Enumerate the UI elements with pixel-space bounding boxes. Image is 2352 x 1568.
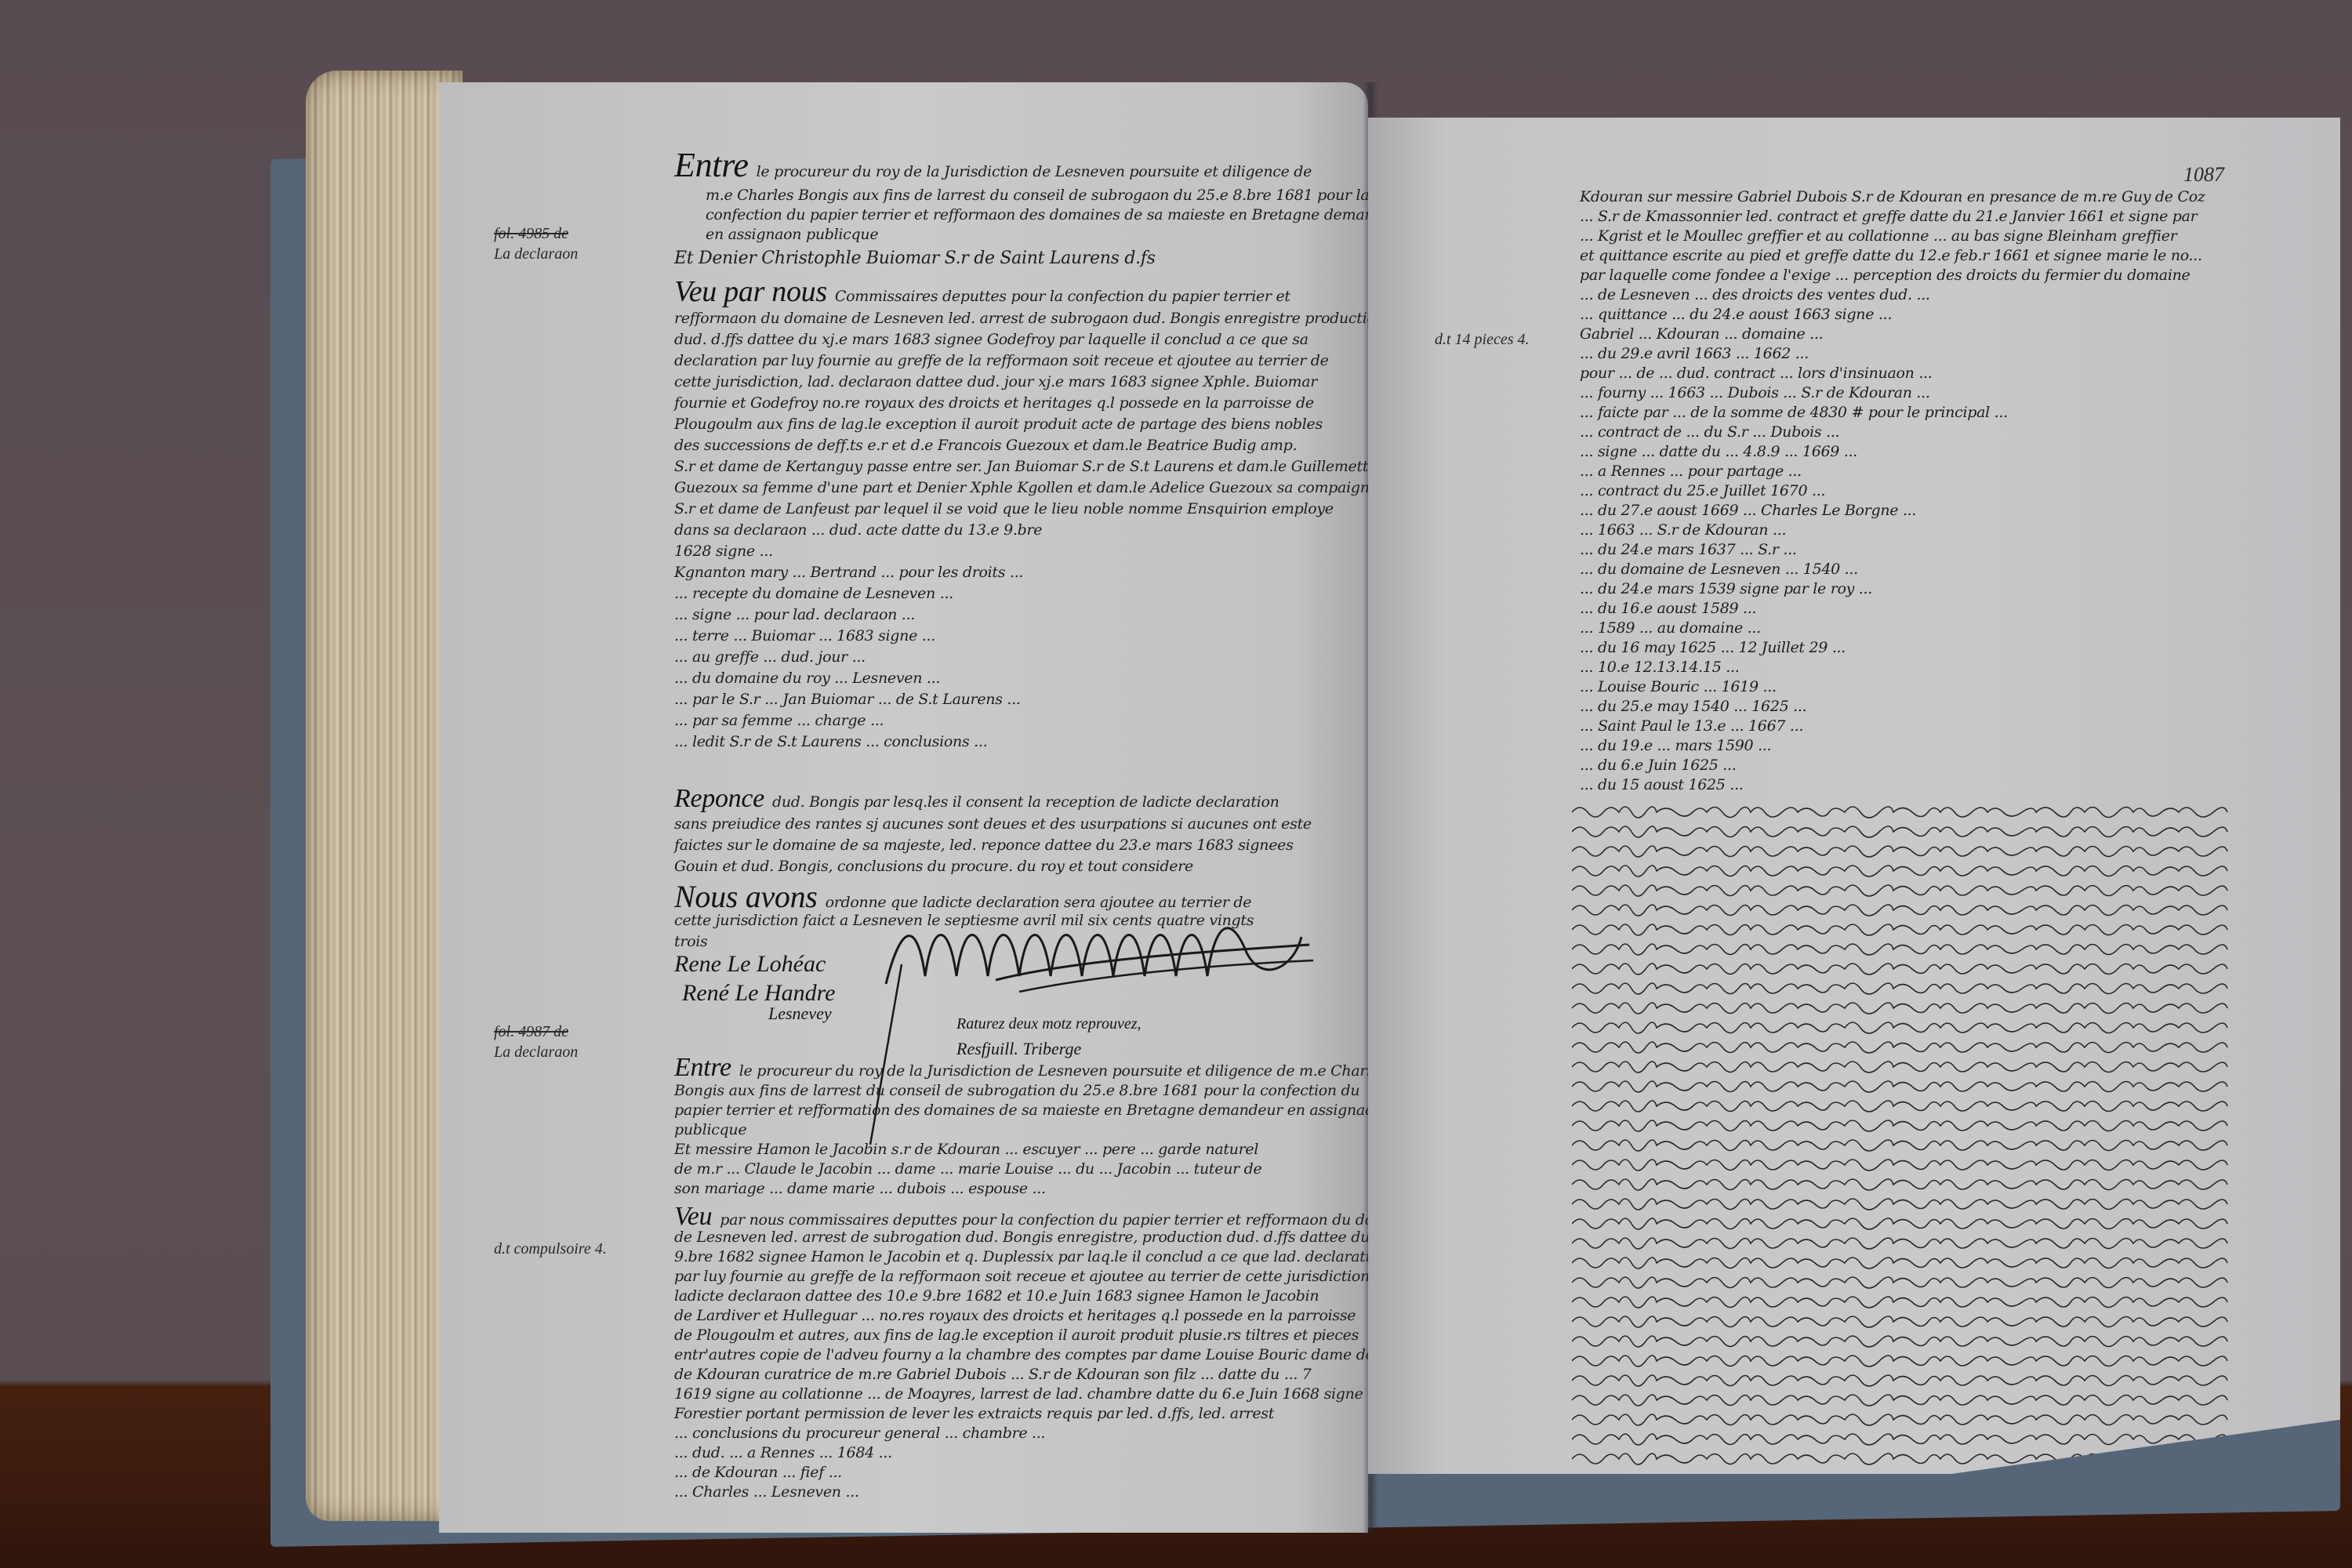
text-line: ... dud. ... a Rennes ... 1684 ... xyxy=(674,1444,892,1461)
text-line: dans sa declaraon ... dud. acte datte du… xyxy=(674,521,1042,539)
section-heading: Entre xyxy=(674,146,749,184)
text-line: ... du 6.e Juin 1625 ... xyxy=(1580,757,1737,774)
margin-note-line: fol. 4985 de xyxy=(494,223,578,244)
text-line: fournie et Godefroy no.re royaux des dro… xyxy=(674,394,1314,412)
text-line: ... du 19.e ... mars 1590 ... xyxy=(1580,737,1771,754)
text-line: cette jurisdiction, lad. declaraon datte… xyxy=(674,373,1317,390)
margin-note-right: d.t 14 pieces 4. xyxy=(1435,329,1530,350)
text-line: entr'autres copie de l'adveu fourny a la… xyxy=(674,1346,1368,1363)
text-line: Veu par nousCommissaires deputtes pour l… xyxy=(674,274,1290,309)
text-line: ... fourny ... 1663 ... Dubois ... S.r d… xyxy=(1580,384,1930,401)
text-line: m.e Charles Bongis aux fins de larrest d… xyxy=(706,187,1368,204)
text-line: ... du 16.e aoust 1589 ... xyxy=(1580,600,1756,617)
text-line: ... du 16 may 1625 ... 12 Juillet 29 ... xyxy=(1580,639,1846,656)
margin-note-line: fol. 4987 de xyxy=(494,1022,578,1042)
text-line: ... du 15 aoust 1625 ... xyxy=(1580,776,1744,793)
margin-note-line: d.t compulsoire 4. xyxy=(494,1239,607,1259)
text-line: ... du 24.e mars 1539 signe par le roy .… xyxy=(1580,580,1872,597)
text-line: ... terre ... Buiomar ... 1683 signe ... xyxy=(674,627,935,644)
text-line: ... Kgrist et le Moullec greffier et au … xyxy=(1580,227,2177,245)
text-line: Bongis aux fins de larrest du conseil de… xyxy=(674,1082,1359,1099)
text-line: ... Saint Paul le 13.e ... 1667 ... xyxy=(1580,717,1803,735)
text-line: par luy fournie au greffe de la refforma… xyxy=(674,1268,1368,1285)
text-line: Veupar nous commissaires deputtes pour l… xyxy=(674,1202,1368,1232)
text-line: Et Denier Christophle Buiomar S.r de Sai… xyxy=(674,249,1156,268)
text-line: ... S.r de Kmassonnier led. contract et … xyxy=(1580,208,2197,225)
text-line: 9.bre 1682 signee Hamon le Jacobin et q.… xyxy=(674,1248,1368,1265)
section-heading: Entre xyxy=(674,1053,731,1082)
text-line: Plougoulm aux fins de lag.le exception i… xyxy=(674,416,1323,433)
text-line: ... du 24.e mars 1637 ... S.r ... xyxy=(1580,541,1797,558)
text-line: Entrele procureur du roy de la Jurisdict… xyxy=(674,1053,1368,1083)
text-line: S.r et dame de Kertanguy passe entre ser… xyxy=(674,458,1368,475)
text-line: 1628 signe ... xyxy=(674,543,773,560)
text-line: Forestier portant permission de lever le… xyxy=(674,1405,1274,1422)
text-line: Gouin et dud. Bongis, conclusions du pro… xyxy=(674,858,1193,875)
handwriting-texture xyxy=(1572,800,2325,1466)
text-line: ... au greffe ... dud. jour ... xyxy=(674,648,866,666)
text-line: ... ledit S.r de S.t Laurens ... conclus… xyxy=(674,733,987,750)
text-line: de Lardiver et Hulleguar ... no.res roya… xyxy=(674,1307,1356,1324)
text-line: de Kdouran curatrice de m.re Gabriel Dub… xyxy=(674,1366,1312,1383)
text-line: des successions de deff.ts e.r et d.e Fr… xyxy=(674,437,1297,454)
text-line: ... du 27.e aoust 1669 ... Charles Le Bo… xyxy=(1580,502,1916,519)
text-line: ... Louise Bouric ... 1619 ... xyxy=(1580,678,1777,695)
signature: Rene Le Lohéac xyxy=(674,951,826,978)
text-line: ... a Rennes ... pour partage ... xyxy=(1580,463,1802,480)
section-heading: Nous avons xyxy=(674,879,818,914)
folio-number: 1087 xyxy=(2183,163,2224,187)
text-line: ... conclusions du procureur general ...… xyxy=(674,1425,1045,1442)
text-line: Kgnanton mary ... Bertrand ... pour les … xyxy=(674,564,1023,581)
large-signature-flourish xyxy=(878,906,1317,1000)
text-line: faictes sur le domaine de sa majeste, le… xyxy=(674,837,1294,854)
signature: René Le Handre xyxy=(682,980,836,1007)
right-page: 1087 d.t 14 pieces 4. Kdouran sur messir… xyxy=(1368,118,2340,1474)
text-line: de Lesneven led. arrest de subrogation d… xyxy=(674,1229,1368,1246)
text-line: ladicte declaraon dattee des 10.e 9.bre … xyxy=(674,1287,1319,1305)
text-line: ... Charles ... Lesneven ... xyxy=(674,1483,859,1501)
text-line: trois xyxy=(674,933,707,950)
text-line: ... de Lesneven ... des droicts des vent… xyxy=(1580,286,1930,303)
section-heading: Veu xyxy=(674,1202,712,1231)
margin-note-3: d.t compulsoire 4. xyxy=(494,1239,607,1259)
margin-note-line: d.t 14 pieces 4. xyxy=(1435,329,1530,350)
text-line: ... 1589 ... au domaine ... xyxy=(1580,619,1761,637)
left-page: fol. 4985 de La declaraon fol. 4987 de L… xyxy=(439,82,1368,1533)
text-line: papier terrier et refformation des domai… xyxy=(674,1102,1368,1119)
text-line: de m.r ... Claude le Jacobin ... dame ..… xyxy=(674,1160,1261,1178)
text-line: sans preiudice des rantes sj aucunes son… xyxy=(674,815,1312,833)
text-line: 1619 signe au collationne ... de Moayres… xyxy=(674,1385,1363,1403)
text-line: ... du domaine de Lesneven ... 1540 ... xyxy=(1580,561,1858,578)
text-line: ... signe ... datte du ... 4.8.9 ... 166… xyxy=(1580,443,1857,460)
text-line: ... recepte du domaine de Lesneven ... xyxy=(674,585,953,602)
text-line: confection du papier terrier et refforma… xyxy=(706,206,1368,223)
margin-note-line: La declaraon xyxy=(494,244,578,264)
text-line: Guezoux sa femme d'une part et Denier Xp… xyxy=(674,479,1368,496)
text-line: Et messire Hamon le Jacobin s.r de Kdour… xyxy=(674,1141,1258,1158)
text-line: ... 1663 ... S.r de Kdouran ... xyxy=(1580,521,1786,539)
text-line: Reponcedud. Bongis par lesq.les il conse… xyxy=(674,784,1279,814)
text-line: S.r et dame de Lanfeust par lequel il se… xyxy=(674,500,1334,517)
text-line: ... 10.e 12.13.14.15 ... xyxy=(1580,659,1739,676)
section-heading: Veu par nous xyxy=(674,275,827,308)
registration-note: Raturez deux motz reprouvez, xyxy=(956,1015,1142,1033)
text-line: Gabriel ... Kdouran ... domaine ... xyxy=(1580,325,1823,343)
text-line: ... de Kdouran ... fief ... xyxy=(674,1464,842,1481)
margin-note-1: fol. 4985 de La declaraon xyxy=(494,223,578,264)
photo-scene: fol. 4985 de La declaraon fol. 4987 de L… xyxy=(0,0,2352,1568)
text-line: de Plougoulm et autres, aux fins de lag.… xyxy=(674,1327,1359,1344)
margin-note-2: fol. 4987 de La declaraon xyxy=(494,1022,578,1062)
text-line: ... contract du 25.e Juillet 1670 ... xyxy=(1580,482,1825,499)
text-line: en assignaon publicque xyxy=(706,226,878,243)
text-line: declaration par luy fournie au greffe de… xyxy=(674,352,1329,369)
text-line: ... du 25.e may 1540 ... 1625 ... xyxy=(1580,698,1806,715)
text-line: ... par le S.r ... Jan Buiomar ... de S.… xyxy=(674,691,1021,708)
text-line: et quittance escrite au pied et greffe d… xyxy=(1580,247,2202,264)
text-line: ... faicte par ... de la somme de 4830 #… xyxy=(1580,404,2008,421)
text-line: Entrele procureur du roy de la Jurisdict… xyxy=(674,145,1312,185)
text-line: dud. d.ffs dattee du xj.e mars 1683 sign… xyxy=(674,331,1308,348)
text-line: ... du 29.e avril 1663 ... 1662 ... xyxy=(1580,345,1809,362)
signature: Lesnevey xyxy=(768,1004,832,1024)
text-line: publicque xyxy=(674,1121,746,1138)
text-line: ... signe ... pour lad. declaraon ... xyxy=(674,606,915,623)
margin-note-line: La declaraon xyxy=(494,1042,578,1062)
text-line: pour ... de ... dud. contract ... lors d… xyxy=(1580,365,1933,382)
text-line: par laquelle come fondee a l'exige ... p… xyxy=(1580,267,2190,284)
text-line: ... du domaine du roy ... Lesneven ... xyxy=(674,670,940,687)
section-heading: Reponce xyxy=(674,784,764,813)
text-line: ... contract de ... du S.r ... Dubois ..… xyxy=(1580,423,1839,441)
text-line: refformaon du domaine de Lesneven led. a… xyxy=(674,310,1368,327)
text-line: son mariage ... dame marie ... dubois ..… xyxy=(674,1180,1046,1197)
text-line: Kdouran sur messire Gabriel Dubois S.r d… xyxy=(1580,188,2205,205)
text-line: ... quittance ... du 24.e aoust 1663 sig… xyxy=(1580,306,1892,323)
text-line: ... par sa femme ... charge ... xyxy=(674,712,884,729)
